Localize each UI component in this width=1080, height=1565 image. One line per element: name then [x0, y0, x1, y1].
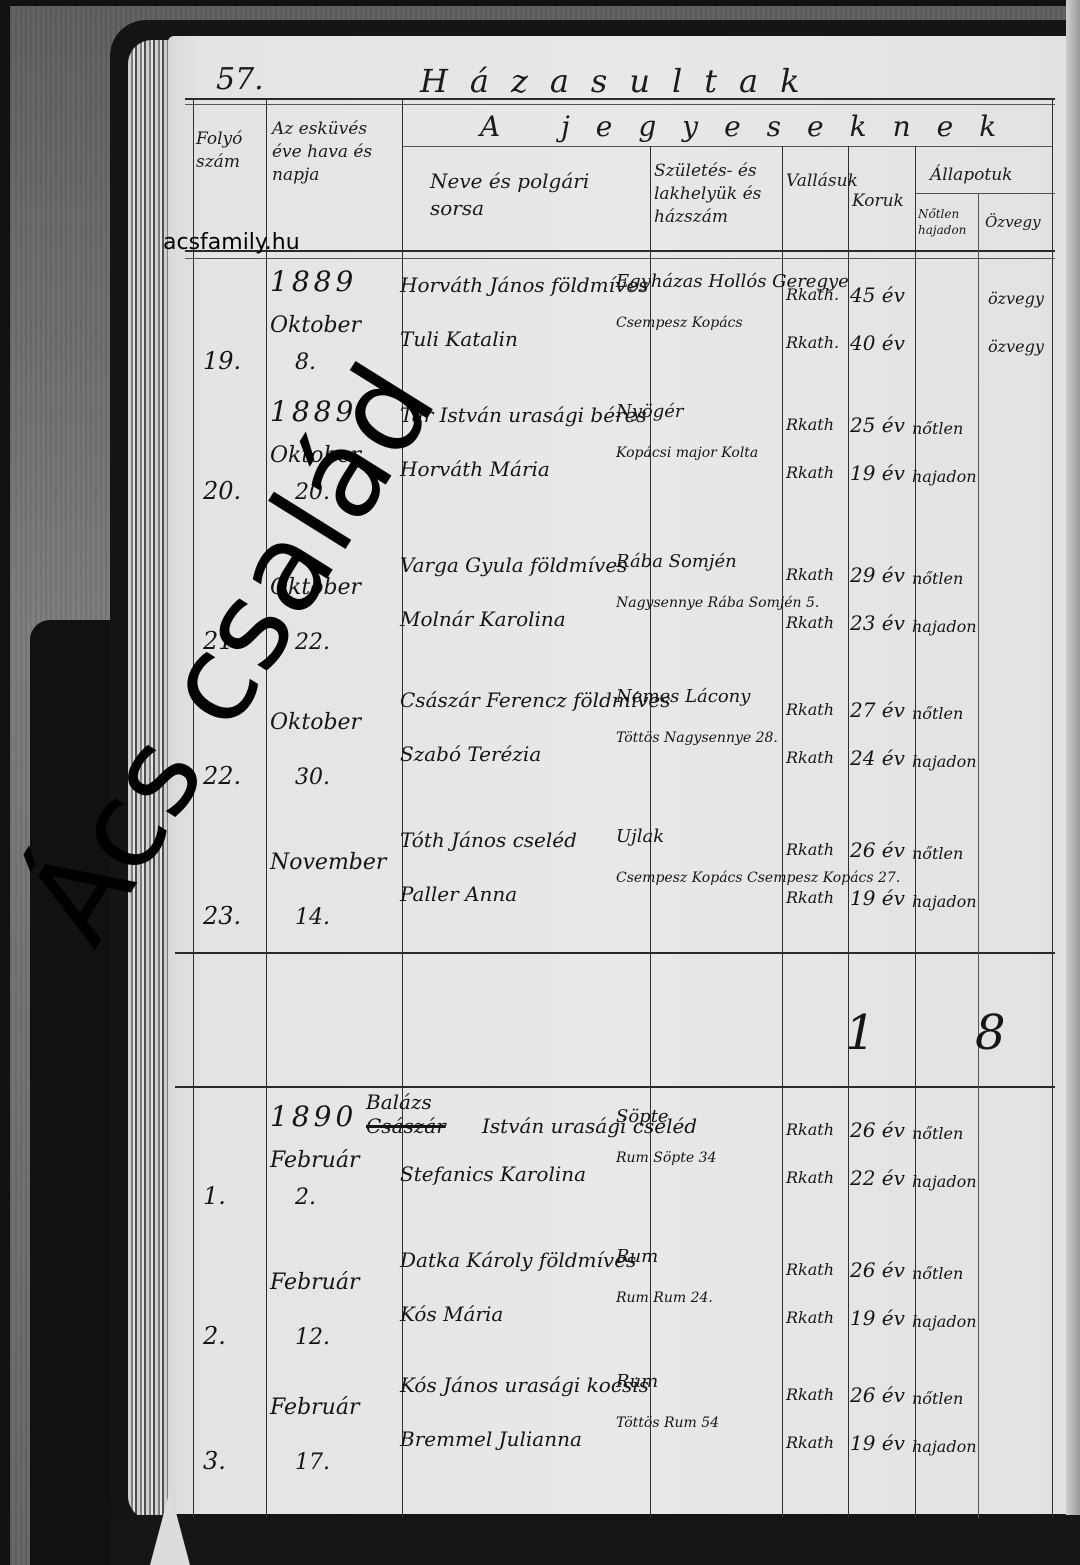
entry-1890-1-serial: 1. — [203, 1182, 226, 1210]
entry-1890-3-serial: 3. — [203, 1447, 226, 1475]
entry-23-day: 14. — [295, 905, 330, 930]
entry-19-year: 1889 — [270, 265, 357, 298]
entry-21-groom-religion: Rkath — [786, 565, 834, 584]
header-bottom-rule-double — [185, 258, 1055, 259]
entry-22-groom-single: nőtlen — [912, 704, 963, 723]
entry-23-bride: Paller Anna — [400, 882, 517, 906]
entry-21-groom-age: 29 év — [850, 563, 905, 587]
entry-1890-2-groom-religion: Rkath — [786, 1260, 834, 1279]
entry-19-bride: Tuli Katalin — [400, 327, 518, 351]
entry-1890-3-bride-place: Töttös Rum 54 — [616, 1415, 719, 1431]
header-serial: Folyó szám — [196, 128, 264, 174]
year-start-rule — [175, 1086, 1055, 1088]
status-group-rule — [915, 193, 1055, 194]
entry-23-groom-single: nőtlen — [912, 844, 963, 863]
entry-21-groom-place: Rába Somjén — [616, 551, 737, 572]
entry-19-serial: 19. — [203, 347, 241, 375]
entry-22-month: Oktober — [270, 710, 361, 735]
entry-1890-1-groom-correction: Balázs — [366, 1090, 432, 1114]
entry-20-groom-age: 25 év — [850, 413, 905, 437]
entry-1890-1-groom-place: Söpte — [616, 1106, 669, 1127]
entry-1890-2-groom-age: 26 év — [850, 1258, 905, 1282]
entry-1890-2-bride-single: hajadon — [912, 1312, 977, 1331]
col-rule-date — [266, 98, 267, 1518]
entry-1890-3-groom-single: nőtlen — [912, 1389, 963, 1408]
entry-1890-3-bride-religion: Rkath — [786, 1433, 834, 1452]
entry-23-groom-place: Ujlak — [616, 826, 664, 847]
header-status-single: Nőtlen hajadon — [918, 206, 976, 238]
entry-19-month: Oktober — [270, 313, 361, 338]
entry-22-bride: Szabó Terézia — [400, 742, 541, 766]
col-rule-widowed — [978, 193, 979, 1518]
entry-1890-2-bride-religion: Rkath — [786, 1308, 834, 1327]
entry-22-bride-religion: Rkath — [786, 748, 834, 767]
total-left-digit: 1 — [845, 1005, 876, 1061]
entry-20-bride-place: Kopácsi major Kolta — [616, 445, 758, 461]
entry-19-groom-widowed: özvegy — [988, 289, 1044, 308]
entry-19-day: 8. — [295, 350, 316, 375]
entry-1890-1-bride-age: 22 év — [850, 1166, 905, 1190]
entry-22-groom-place: Nemes Lácony — [616, 686, 750, 707]
total-right-digit: 8 — [975, 1005, 1006, 1061]
entry-20-bride-religion: Rkath — [786, 463, 834, 482]
header-name: Neve és polgári sorsa — [430, 168, 640, 222]
entry-23-bride-religion: Rkath — [786, 888, 834, 907]
bookmark-ribbon — [150, 1490, 190, 1565]
group-header: A jegyeseknek — [480, 110, 1022, 143]
entry-1890-3-bride-single: hajadon — [912, 1437, 977, 1456]
entry-1890-3-groom: Kós János urasági kocsis — [400, 1373, 649, 1397]
header-status-group: Állapotuk — [930, 164, 1013, 187]
entry-1890-1-bride-place: Rum Söpte 34 — [616, 1150, 716, 1166]
entry-19-bride-religion: Rkath. — [786, 333, 839, 352]
entry-22-bride-single: hajadon — [912, 752, 977, 771]
entry-20-groom-single: nőtlen — [912, 419, 963, 438]
entry-1890-3-groom-religion: Rkath — [786, 1385, 834, 1404]
entry-22-day: 30. — [295, 765, 330, 790]
entry-20-bride-age: 19 év — [850, 461, 905, 485]
entry-21-bride-religion: Rkath — [786, 613, 834, 632]
entry-19-groom-age: 45 év — [850, 283, 905, 307]
entry-19-bride-widowed: özvegy — [988, 337, 1044, 356]
entry-1890-2-bride-age: 19 év — [850, 1306, 905, 1330]
entry-1890-1-groom-single: nőtlen — [912, 1124, 963, 1143]
title-rule — [185, 98, 1055, 100]
entry-21-bride-place: Nagysennye Rába Somjén 5. — [616, 595, 819, 611]
entry-22-bride-age: 24 év — [850, 746, 905, 770]
header-birthplace: Születés- és lakhelyük és házszám — [654, 160, 782, 229]
header-status-widowed: Özvegy — [985, 212, 1041, 232]
entry-1890-1-month: Február — [270, 1148, 359, 1173]
entry-21-bride-single: hajadon — [912, 617, 977, 636]
entry-19-bride-age: 40 év — [850, 331, 905, 355]
entry-1890-3-day: 17. — [295, 1450, 330, 1475]
entry-23-bride-age: 19 év — [850, 886, 905, 910]
entry-20-serial: 20. — [203, 477, 241, 505]
entry-23-groom-religion: Rkath — [786, 840, 834, 859]
entry-19-groom: Horváth János földmíves — [400, 273, 648, 297]
entry-1890-1-groom-age: 26 év — [850, 1118, 905, 1142]
col-rule-end — [1052, 100, 1053, 1518]
entry-22-groom-religion: Rkath — [786, 700, 834, 719]
entry-1890-3-bride: Bremmel Julianna — [400, 1427, 582, 1451]
entry-23-serial: 23. — [203, 902, 241, 930]
header-date: Az esküvés éve hava és napja — [272, 118, 400, 187]
entry-1890-1-day: 2. — [295, 1185, 316, 1210]
title-rule-double — [185, 104, 1055, 105]
entry-23-groom-age: 26 év — [850, 838, 905, 862]
book-bottom-shadow — [110, 1515, 1080, 1565]
header-religion: Vallásuk — [786, 170, 846, 193]
entry-19-groom-religion: Rkath. — [786, 285, 839, 304]
entry-20-groom-religion: Rkath — [786, 415, 834, 434]
entry-23-bride-single: hajadon — [912, 892, 977, 911]
facing-page-edge — [1066, 0, 1080, 1565]
entry-1890-3-bride-age: 19 év — [850, 1431, 905, 1455]
entry-22-bride-place: Töttös Nagysennye 28. — [616, 730, 778, 746]
entry-1890-3-groom-place: Rum — [616, 1371, 658, 1392]
entry-1890-2-day: 12. — [295, 1325, 330, 1350]
entry-1890-1-bride: Stefanics Karolina — [400, 1162, 586, 1186]
entry-21-groom: Varga Gyula földmíves — [400, 553, 627, 577]
year-end-rule — [175, 952, 1055, 954]
entry-1890-1-groom-religion: Rkath — [786, 1120, 834, 1139]
entry-1890-1-bride-religion: Rkath — [786, 1168, 834, 1187]
entry-23-groom: Tóth János cseléd — [400, 828, 577, 852]
entry-1890-2-groom: Datka Károly földmíves — [400, 1248, 636, 1272]
register-title: Házasultak — [420, 62, 822, 100]
entry-1890-2-bride: Kós Mária — [400, 1302, 503, 1326]
entry-19-bride-place: Csempesz Kopács — [616, 315, 743, 331]
col-rule-age — [848, 146, 849, 1518]
entry-1890-2-groom-place: Rum — [616, 1246, 658, 1267]
entry-1890-2-groom-single: nőtlen — [912, 1264, 963, 1283]
entry-1890-1-groom-struck: Császár — [366, 1114, 446, 1138]
entry-21-bride: Molnár Karolina — [400, 607, 566, 631]
header-bottom-rule — [185, 250, 1055, 252]
col-rule-religion — [782, 146, 783, 1518]
entry-1890-1-bride-single: hajadon — [912, 1172, 977, 1191]
entry-1890-2-month: Február — [270, 1270, 359, 1295]
site-watermark: acsfamily.hu — [163, 230, 300, 255]
page-number: 57. — [216, 62, 264, 97]
entry-1890-3-month: Február — [270, 1395, 359, 1420]
entry-1890-2-serial: 2. — [203, 1322, 226, 1350]
entry-20-groom-place: Nyögér — [616, 401, 684, 422]
entry-20-bride-single: hajadon — [912, 467, 977, 486]
entry-22-groom-age: 27 év — [850, 698, 905, 722]
entry-1890-1-year: 1890 — [270, 1100, 357, 1133]
header-age: Koruk — [852, 190, 904, 213]
entry-21-bride-age: 23 év — [850, 611, 905, 635]
group-rule — [402, 146, 1052, 147]
entry-1890-3-groom-age: 26 év — [850, 1383, 905, 1407]
entry-23-month: November — [270, 850, 386, 875]
entry-21-groom-single: nőtlen — [912, 569, 963, 588]
entry-23-bride-place: Csempesz Kopács Csempesz Kopács 27. — [616, 870, 900, 886]
entry-1890-2-bride-place: Rum Rum 24. — [616, 1290, 713, 1306]
